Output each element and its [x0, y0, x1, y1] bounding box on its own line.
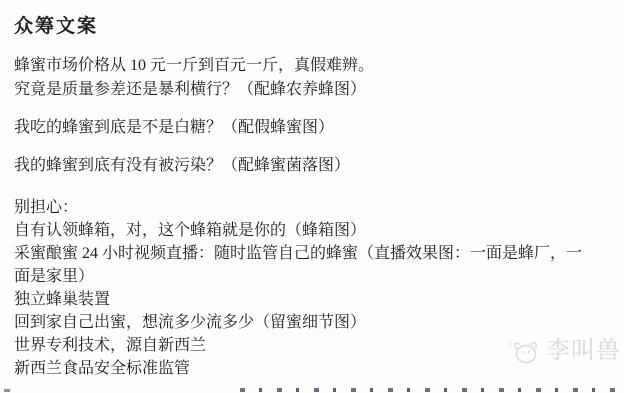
paragraph-line: 独立蜂巢装置: [14, 288, 582, 311]
paragraph-line: 采蜜酿蜜 24 小时视频直播：随时监管自己的蜂蜜（直播效果图：一面是蜂厂，一: [14, 242, 582, 265]
paragraph-line: 自有认领蜂箱，对，这个蜂箱就是你的（蜂箱图）: [14, 219, 582, 242]
watermark: 李叫兽: [507, 336, 621, 366]
paragraph-line: 面是家里）: [14, 265, 582, 288]
clipped-fragment-left: [4, 389, 10, 392]
paragraph-solution-list: 别担心： 自有认领蜂箱，对，这个蜂箱就是你的（蜂箱图） 采蜜酿蜜 24 小时视频…: [14, 196, 582, 380]
paragraph-line: 我的蜂蜜到底有没有被污染？（配蜂蜜菌落图）: [14, 154, 350, 177]
paragraph-sugar-question: 我吃的蜂蜜到底是不是白糖？（配假蜂蜜图）: [14, 116, 334, 139]
paragraph-market-price: 蜂蜜市场价格从 10 元一斤到百元一斤，真假难辨。 究竟是质量参差还是暴利横行？…: [14, 54, 374, 102]
paragraph-line: 究竟是质量参差还是暴利横行？（配蜂农养蜂图）: [14, 78, 374, 102]
clipped-next-line-fragments: [240, 388, 620, 392]
watermark-text: 李叫兽: [546, 336, 621, 366]
paragraph-line: 回到家自己出蜜，想流多少流多少（留蜜细节图）: [14, 311, 582, 334]
page-title: 众筹文案: [14, 11, 98, 38]
paragraph-line: 别担心：: [14, 196, 582, 219]
paragraph-line: 我吃的蜂蜜到底是不是白糖？（配假蜂蜜图）: [14, 116, 334, 139]
lijiaoshou-mascot-icon: [507, 336, 543, 366]
paragraph-line: 新西兰食品安全标准监管: [14, 357, 582, 380]
paragraph-pollution-question: 我的蜂蜜到底有没有被污染？（配蜂蜜菌落图）: [14, 154, 350, 177]
paragraph-line: 蜂蜜市场价格从 10 元一斤到百元一斤，真假难辨。: [14, 54, 374, 78]
paragraph-line: 世界专利技术，源自新西兰: [14, 334, 582, 357]
document-page: 众筹文案 蜂蜜市场价格从 10 元一斤到百元一斤，真假难辨。 究竟是质量参差还是…: [0, 0, 624, 393]
